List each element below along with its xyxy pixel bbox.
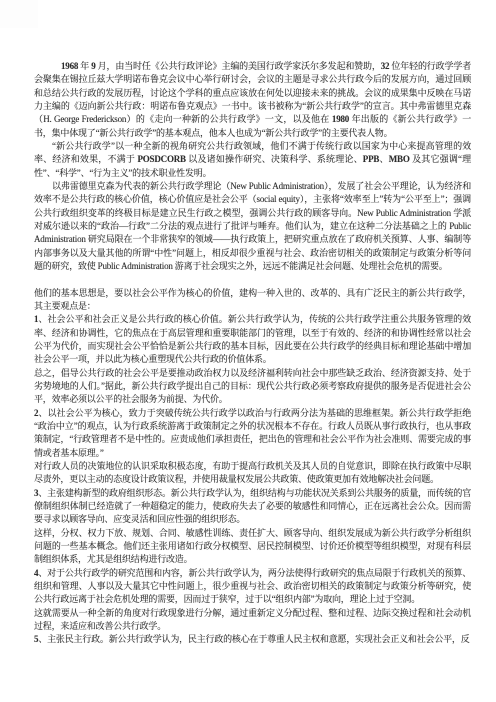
- text-run: 、对于公共行政学的研究范围和内容，新公共行政学认为，两分法使得行政研究的焦点局限…: [34, 568, 471, 605]
- point-3: 3、主张建构新型的政府组织形态。新公共行政学认为，组织结构与功能状况关系到公共服…: [34, 487, 471, 527]
- emphasized-run: PPB: [363, 154, 379, 164]
- text-run: 游离于社会现实之外，远远不能满足社会问题、处理社会危机的需要。: [173, 261, 448, 271]
- point-3-note: 这样，分权、权力下放、规划、合同、敏感性训练、责任扩大、顾客导向、组织发展成为新…: [34, 527, 471, 567]
- text-run: 以弗雷德里克森为代表的新公共行政学理论（: [52, 181, 230, 191]
- scan-corner-artifact: [0, 0, 38, 28]
- text-run: 、主张民主行政。新公共行政学认为，民主行政的核心在于尊重人民主权和意愿，实现社会…: [38, 634, 469, 644]
- latin-term-run: H. George Frederickson: [43, 114, 126, 124]
- point-2: 2、以社会公平为核心，致力于突破传统公共行政学以政治与行政两分法为基础的思维框架…: [34, 407, 471, 460]
- emphasized-run: 1980: [332, 114, 349, 124]
- text-run: 他们的基本思想是，要以社会公平作为核心的价值，建构一种入世的、改革的、具有广泛民…: [34, 288, 471, 311]
- text-run: 总之，倡导公共行政的社会公平是要推动政治权力以及经济福利转向社会中那些缺乏政治、…: [34, 368, 471, 405]
- latin-term-run: Public Administration: [98, 261, 173, 271]
- para-basic-idea: 他们的基本思想是，要以社会公平作为核心的价值，建构一种入世的、改革的、具有广泛民…: [34, 287, 471, 314]
- text-run: 这就需要从一种全新的角度对行政现象进行分解，通过重新定义分配过程、整和过程、边际…: [34, 608, 471, 631]
- text-run: 以及诸如操作研究、决策科学、系统理论、: [186, 154, 363, 164]
- intro-paragraph: 1968 年 9 月，由当时任《公共行政评论》主编的美国行政学家沃尔多发起和赞助…: [34, 60, 471, 140]
- latin-term-run: New Public Administration: [357, 208, 451, 218]
- text-run: ）的《走向一种新的公共行政学》一文，以及他在: [126, 114, 332, 124]
- para-new-perspective: “新公共行政学”以一种全新的视角研究公共行政领域，他们不满于传统行政以国家为中心…: [34, 140, 471, 180]
- point-4: 4、对于公共行政学的研究范围和内容，新公共行政学认为，两分法使得行政研究的焦点局…: [34, 567, 471, 607]
- text-run: 、社会公平和社会正义是公共行政的核心价值。新公共行政学认为，传统的公共行政学注重…: [34, 314, 471, 364]
- document-body: 1968 年 9 月，由当时任《公共行政评论》主编的美国行政学家沃尔多发起和赞助…: [34, 60, 471, 647]
- emphasized-run: MBO: [389, 154, 410, 164]
- para-frederickson-theory: 以弗雷德里克森为代表的新公共行政学理论（New Public Administr…: [34, 180, 471, 273]
- text-run: 、: [379, 154, 389, 164]
- text-run: 、主张建构新型的政府组织形态。新公共行政学认为，组织结构与功能状况关系到公共服务…: [34, 488, 471, 525]
- point-1-summary: 总之，倡导公共行政的社会公平是要推动政治权力以及经济福利转向社会中那些缺乏政治、…: [34, 367, 471, 407]
- text-run: 对行政人员的决策地位的认识采取积极态度，有助于提高行政机关及其人员的自觉意识，即…: [34, 461, 471, 484]
- text-run: 月，由当时任《公共行政评论》主编的美国行政学家沃尔多发起和赞助，: [96, 61, 381, 71]
- point-1: 1、社会公平和社会正义是公共行政的核心价值。新公共行政学认为，传统的公共行政学注…: [34, 313, 471, 366]
- latin-term-run: social equity: [257, 194, 300, 204]
- point-2-note: 对行政人员的决策地位的认识采取积极态度，有助于提高行政机关及其人员的自觉意识，即…: [34, 460, 471, 487]
- text-run: 、以社会公平为核心，致力于突破传统公共行政学以政治与行政两分法为基础的思维框架。…: [34, 408, 471, 458]
- document-page: 1968 年 9 月，由当时任《公共行政评论》主编的美国行政学家沃尔多发起和赞助…: [0, 0, 496, 702]
- emphasized-run: POSDCORB: [137, 154, 185, 164]
- emphasized-run: 1968: [61, 61, 78, 71]
- text-run: 这样，分权、权力下放、规划、合同、敏感性训练、责任扩大、顾客导向、组织发展成为新…: [34, 528, 471, 565]
- point-5: 5、主张民主行政。新公共行政学认为，民主行政的核心在于尊重人民主权和意愿，实现社…: [34, 633, 471, 646]
- text-run: 年: [78, 61, 91, 71]
- point-4-note: 这就需要从一种全新的角度对行政现象进行分解，通过重新定义分配过程、整和过程、边际…: [34, 607, 471, 634]
- latin-term-run: New Public Administration: [230, 181, 324, 191]
